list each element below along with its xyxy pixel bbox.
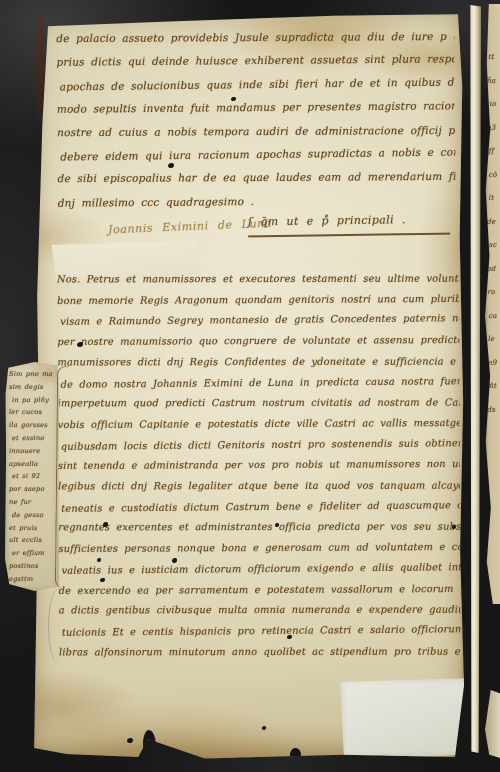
manuscript-line: valeatis ius e iusticiam dictorum offici…	[61, 558, 460, 582]
manuscript-page: de palacio assueto providebis Jusule sup…	[32, 12, 464, 760]
manuscript-line: visam e Raimundo Segrey montanesio de gr…	[60, 310, 459, 334]
manuscript-line: legibus dicti dnj Regis legaliter atque …	[58, 477, 460, 499]
margin-bracket-line	[55, 366, 69, 589]
manuscript-line: regnantes exercentes et administrantes o…	[58, 518, 460, 540]
manuscript-line: in pa plñy	[12, 394, 56, 407]
manuscript-line: apsealla	[9, 458, 56, 471]
manuscript-line: apochas de solucionibus quas inde sibi f…	[60, 71, 455, 99]
manuscript-line: egsttm	[9, 573, 56, 586]
manuscript-line: et essino	[12, 432, 56, 445]
manuscript-line: ca	[486, 304, 500, 328]
manuscript-line: ds	[483, 399, 500, 423]
binding-edge	[35, 16, 44, 126]
margin-notes-block: Sim pno masim degisin pa plñyler cucosil…	[9, 368, 56, 586]
manuscript-line: et pruis	[9, 521, 56, 534]
manuscript-line: ad	[483, 258, 500, 282]
ink-blot	[262, 726, 266, 730]
manuscript-line: ro	[483, 281, 500, 305]
manuscript-line: ña	[483, 70, 500, 94]
photo-background: de palacio assueto providebis Jusule sup…	[0, 0, 500, 772]
manuscript-line: manumissores dicti dnj Regis Confidentes…	[57, 352, 459, 374]
manuscript-line: modo sepultis inventa fuit mandamus per …	[57, 95, 455, 122]
repair-patch-bottom	[340, 678, 470, 758]
manuscript-line: tt	[483, 46, 500, 70]
manuscript-line: sufficientes personas nonque bona e gene…	[58, 538, 460, 561]
manuscript-line: ñt	[486, 375, 500, 399]
manuscript-line: de	[483, 211, 500, 235]
adjacent-folio-script: ttñaioq3ffcōltdescadrocalem9ñtds	[483, 4, 500, 586]
manuscript-line: quibusdam locis dictis dicti Genitoris n…	[61, 434, 460, 458]
manuscript-line: a dictis gentibus civibusque multa omnia…	[59, 601, 461, 623]
manuscript-line: de exercendo ea per sarramentum e potest…	[59, 579, 461, 602]
manuscript-line: ff	[483, 140, 500, 164]
manuscript-line: postinos	[9, 560, 56, 573]
manuscript-line: q3	[483, 117, 500, 141]
page-notch	[143, 730, 156, 760]
manuscript-line: por saepo	[9, 483, 56, 496]
manuscript-line: ult ecclis	[9, 534, 56, 547]
heading-row: Joannis Eximini de Luna ſ q̄m ut e p̊ pr…	[32, 212, 464, 254]
manuscript-line: de domo nostra Johannis Eximini de Luna …	[60, 372, 459, 396]
manuscript-line: et si 92	[12, 470, 56, 483]
manuscript-line: vobis officium Capitanie e potestatis di…	[58, 414, 460, 437]
crease-line	[48, 588, 71, 664]
manuscript-line: ne fur	[9, 496, 56, 509]
manuscript-line: le	[483, 328, 500, 352]
manuscript-line: cō	[486, 163, 500, 187]
manuscript-line: Nos. Petrus et manumissores et executore…	[57, 270, 459, 292]
adjacent-folio-edge: ttñaioq3ffcōltdescadrocalem9ñtds	[483, 4, 500, 604]
ink-blot	[127, 738, 133, 743]
margin-flap: Sim pno masim degisin pa plñyler cucosil…	[5, 362, 59, 591]
manuscript-line: de gesso	[12, 509, 56, 522]
manuscript-line: tuicionis Et e centis hispanicis pro ret…	[62, 620, 461, 644]
manuscript-line: m9	[483, 352, 500, 376]
manuscript-line: de sibi episcopalius har de ea quae laud…	[57, 166, 455, 192]
manuscript-line: sint tenenda e administranda per vos pro…	[58, 455, 460, 478]
page-notch	[290, 748, 301, 762]
docket-note: ſ q̄m ut e p̊ principali .	[248, 213, 450, 238]
manuscript-line: ler cucos	[9, 406, 56, 419]
manuscript-line: innouere	[9, 445, 56, 458]
manuscript-line: teneatis e custodiatis dictum Castrum be…	[61, 496, 460, 520]
top-text-block: de palacio assueto providebis Jusule sup…	[56, 25, 456, 216]
main-text-block: Nos. Petrus et manumissores et executore…	[57, 269, 461, 664]
manuscript-line: de palacio assueto providebis Jusule sup…	[56, 26, 454, 52]
manuscript-line: ila gorsses	[9, 419, 56, 432]
adjacent-folio-corner	[485, 690, 500, 758]
manuscript-line: er effism	[12, 547, 56, 560]
manuscript-line: per nostre manumissorio quo congruere de…	[57, 331, 459, 354]
manuscript-line: sim degis	[9, 381, 56, 394]
manuscript-line: libras alfonsinorum minutorum anno quoli…	[59, 642, 461, 664]
manuscript-line: sc	[486, 234, 500, 258]
page-fold-edge	[468, 5, 481, 753]
manuscript-line: io	[486, 93, 500, 117]
manuscript-line: lt	[483, 187, 500, 211]
manuscript-line: Sim pno ma	[9, 368, 56, 381]
manuscript-line: imperpetuum quod predicti Castrum nostru…	[58, 394, 460, 416]
